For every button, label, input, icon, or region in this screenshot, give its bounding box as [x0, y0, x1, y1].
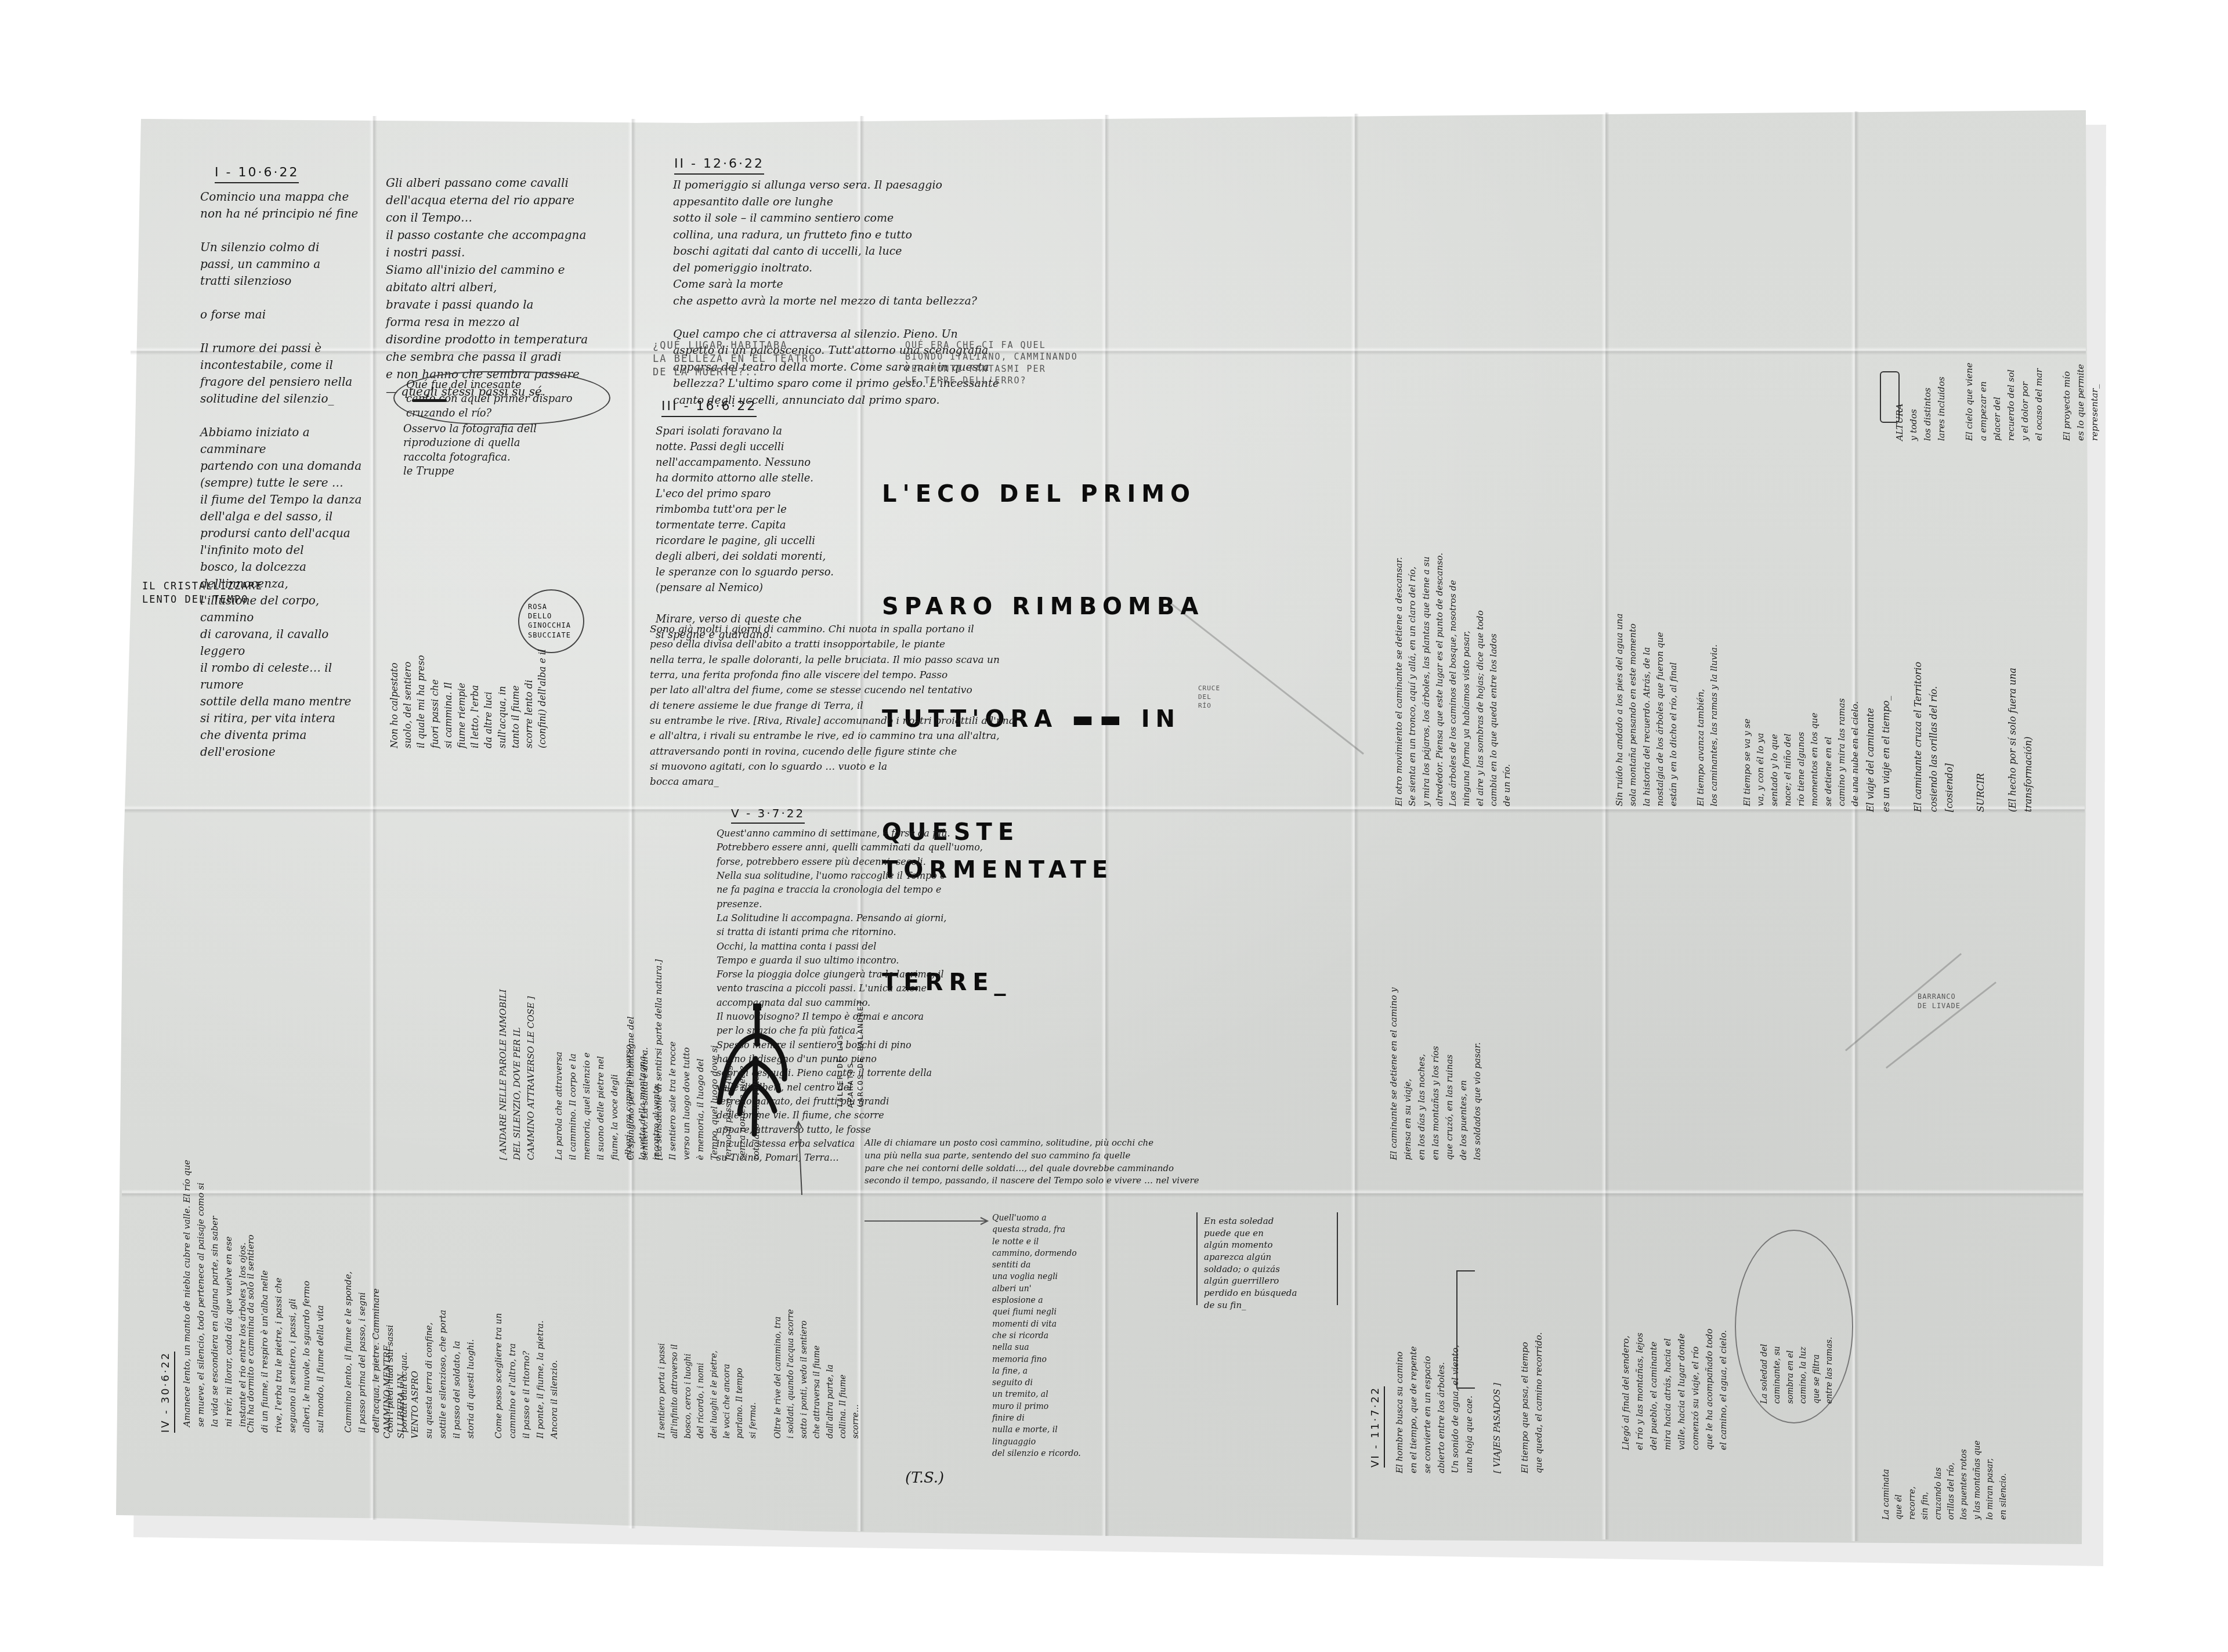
- entry-date: VI - 11·7·22: [1369, 1386, 1385, 1468]
- arrow-note-text: Quell'uomo a questa strada, fra le notte…: [992, 1212, 1097, 1459]
- headline-line: SPARO RIMBOMBA: [882, 588, 1207, 626]
- rotated-note: Il sentiero porta i passi all'infinito a…: [656, 1149, 759, 1439]
- rotated-note: La caminata que él recorre, sin fin, cru…: [1880, 1259, 2010, 1520]
- spanish-note: QUÉ ERA CHE CI FA QUEL BIONDO ITALIANO, …: [905, 339, 1097, 386]
- fold-line-vertical: [1601, 113, 1609, 1539]
- rotated-note: El caminante se detiene en el camino y p…: [1387, 870, 1484, 1160]
- entry-text: Spari isolati foravano la notte. Passi d…: [656, 423, 853, 643]
- rotated-note: Non ho calpestato suolo, del sentiero il…: [388, 603, 549, 748]
- photo-note-text: Osservo la fotografia dell riproduzione …: [403, 422, 601, 479]
- symbol-caption: TALLER DE LOS APARATOS (ARCOS DE BALANDR…: [835, 992, 866, 1108]
- rotated-note: ALTURA y todos los distintos lares inclu…: [1893, 116, 2102, 441]
- bracket-note-text: En esta soledad puede que en algún momen…: [1204, 1215, 1337, 1312]
- entry-text: Gli alberi passano come cavalli dell'acq…: [386, 174, 618, 400]
- folded-sheet: I - 10·6·22 Comincio una mappa che non h…: [0, 0, 2228, 1652]
- margin-caption: CRUCE DEL RÍO: [1198, 684, 1220, 711]
- rotated-note: Ci spingono per le montagne del sentiero…: [624, 841, 763, 1160]
- entry-date: I - 10·6·22: [215, 165, 299, 183]
- fold-line-vertical: [628, 119, 636, 1528]
- signature-mark: (T.S.): [905, 1468, 944, 1489]
- rotated-note: Llegó al final del sendero, el río y las…: [1619, 1149, 1730, 1450]
- fold-line-vertical: [1351, 114, 1359, 1538]
- entry-date: II - 12·6·22: [674, 157, 764, 175]
- strikethrough-mark: [412, 399, 447, 402]
- rotated-note: El tiempo se va y se va, y con él lo ya …: [1741, 481, 1862, 806]
- entry-date: V - 3·7·22: [731, 806, 805, 824]
- rotated-note: Oltre le rive del cammino, tra i soldati…: [772, 1178, 863, 1439]
- entry-text: Alle di chiamare un posto così cammino, …: [865, 1137, 1363, 1187]
- margin-caption: IL CRISTALLIZZARE LENTO DEL TEMPO: [142, 580, 263, 607]
- rotated-note: El viaje del caminante es un viaje en el…: [1862, 452, 2036, 812]
- entry-text: Sono già molti i giorni di cammino. Chi …: [650, 622, 1108, 790]
- rotated-note: Sin ruido ha andado a los pies del agua …: [1613, 481, 1721, 806]
- headline-line: L'ECO DEL PRIMO: [882, 476, 1207, 513]
- arrow-icon: [865, 1215, 992, 1227]
- spanish-question: ¿QUÉ LUGAR HABITABA LA BELLEZA EN EL TEA…: [653, 339, 862, 379]
- rotated-note: Amanece lento, un manto de niebla cubre …: [180, 847, 249, 1427]
- entry-text: Comincio una mappa che non ha né princip…: [200, 189, 368, 760]
- rotated-note: El otro movimiento el caminante se detie…: [1392, 481, 1514, 806]
- entry-date: III - 16·6·22: [661, 399, 757, 417]
- rotated-note: La soledad del caminante, su sombra en e…: [1758, 1230, 1836, 1404]
- entry-date: IV - 30·6·22: [160, 1352, 175, 1433]
- margin-caption: BARRANCO DE LIVADE: [1918, 992, 1961, 1010]
- bracket-box: [1456, 1270, 1475, 1389]
